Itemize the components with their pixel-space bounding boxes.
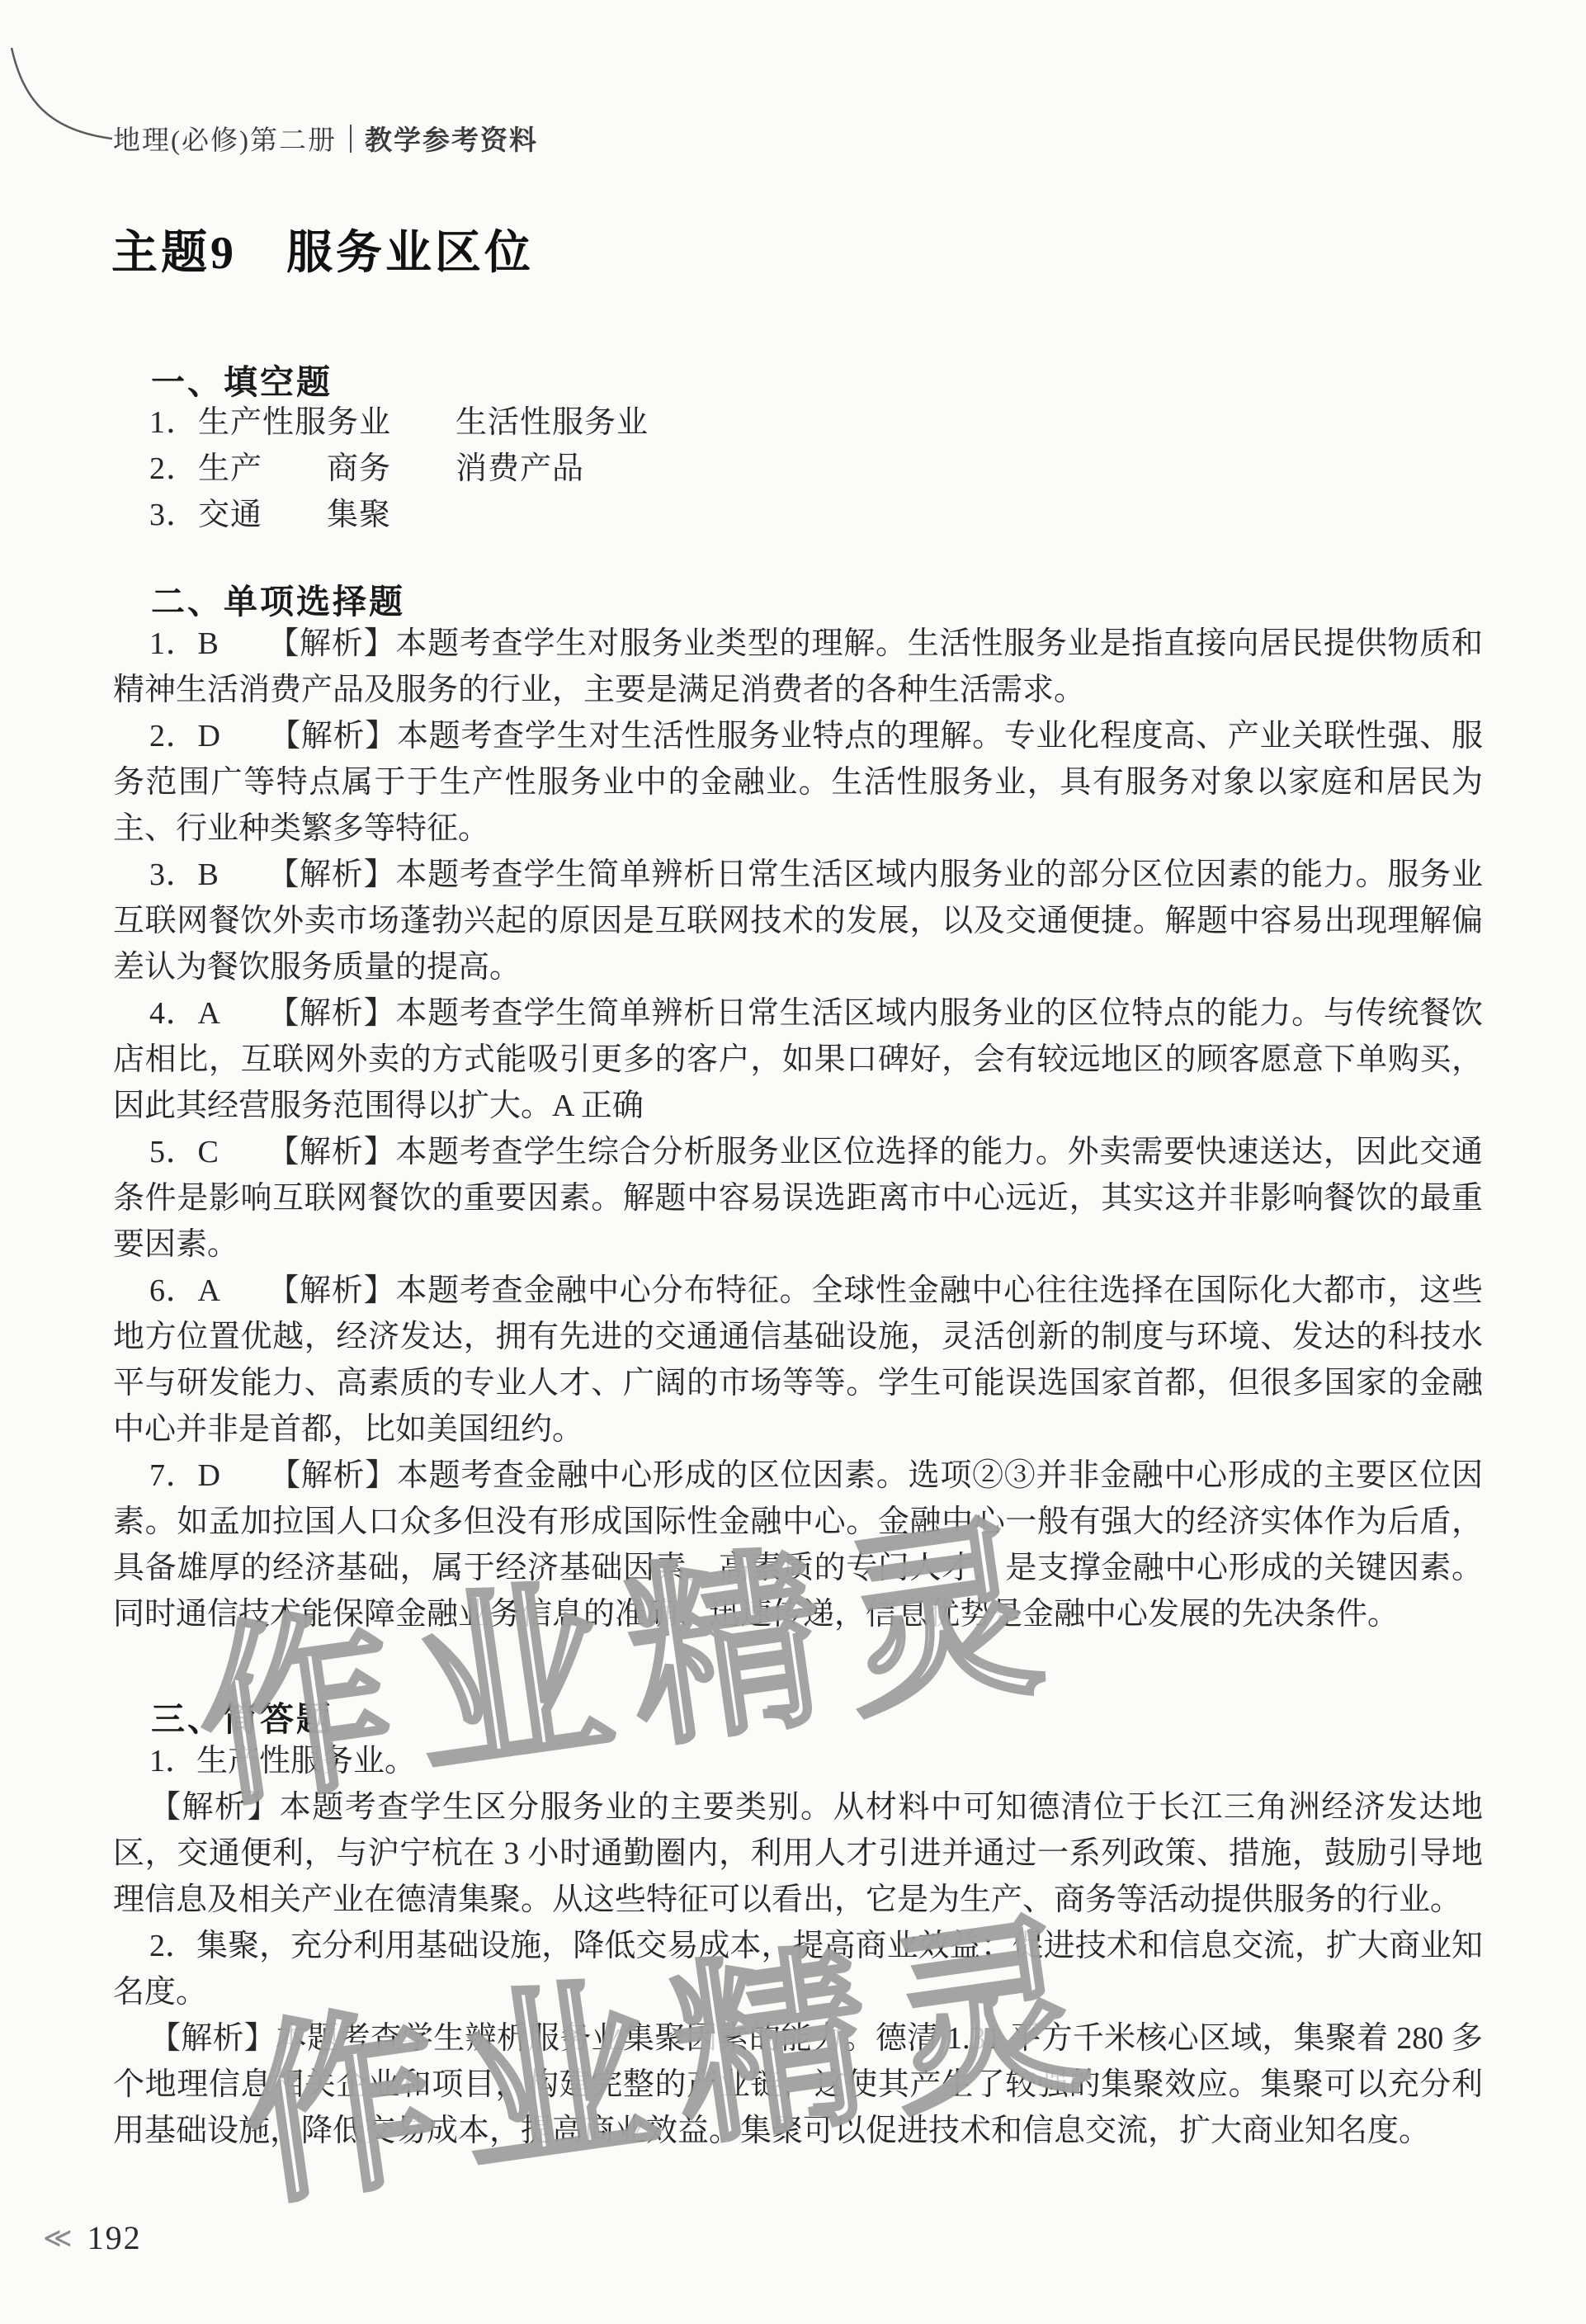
- mc-answer: 5．C 【解析】本题考查学生综合分析服务业区位选择的能力。外卖需要快速送达，因此…: [113, 1129, 1483, 1268]
- header-divider: [350, 125, 352, 153]
- mc-answer: 2．D 【解析】本题考查学生对生活性服务业特点的理解。专业化程度高、产业关联性强…: [113, 713, 1483, 852]
- section-heading-short: 三、简答题: [151, 1692, 333, 1741]
- mc-answer: 4．A 【解析】本题考查学生简单辨析日常生活区域内服务业的区位特点的能力。与传统…: [113, 990, 1483, 1129]
- fill-item: 1．生产性服务业 生活性服务业: [113, 399, 1483, 446]
- fill-item: 2．生产 商务 消费产品: [113, 446, 1483, 492]
- book-title: 地理(必修)第二册: [113, 119, 337, 158]
- page-title: 主题9 服务业区位: [111, 216, 534, 282]
- page-footer: ≪ 192: [43, 2218, 142, 2257]
- section-heading-mc: 二、单项选择题: [151, 574, 405, 623]
- mc-answer: 1．B 【解析】本题考查学生对服务业类型的理解。生活性服务业是指直接向居民提供物…: [113, 621, 1483, 713]
- section-heading-fill: 一、填空题: [151, 355, 333, 404]
- page-header: 地理(必修)第二册 教学参考资料: [113, 119, 538, 158]
- double-chevron-icon: ≪: [43, 2222, 73, 2255]
- mc-answer: 3．B 【解析】本题考查学生简单辨析日常生活区域内服务业的部分区位因素的能力。服…: [113, 852, 1483, 990]
- page-number: 192: [87, 2218, 142, 2257]
- mc-answer: 7．D 【解析】本题考查金融中心形成的区位因素。选项②③并非金融中心形成的主要区…: [113, 1452, 1483, 1637]
- fill-item: 3．交通 集聚: [113, 492, 1483, 538]
- short-answer: 【解析】本题考查学生辨析服务业集聚因素的能力。德清 1.31 平方千米核心区域，…: [113, 2015, 1483, 2154]
- short-answers-block: 1．生产性服务业。 【解析】本题考查学生区分服务业的主要类别。从材料中可知德清位…: [113, 1738, 1483, 2154]
- corner-curve-decoration: [5, 41, 117, 149]
- mc-answer: 6．A 【解析】本题考查金融中心分布特征。全球性金融中心往往选择在国际化大都市，…: [113, 1268, 1483, 1452]
- fill-answers-block: 1．生产性服务业 生活性服务业 2．生产 商务 消费产品 3．交通 集聚: [113, 399, 1483, 538]
- material-label: 教学参考资料: [365, 119, 538, 158]
- short-answer: 1．生产性服务业。: [113, 1738, 1483, 1784]
- mc-answers-block: 1．B 【解析】本题考查学生对服务业类型的理解。生活性服务业是指直接向居民提供物…: [113, 621, 1483, 1637]
- short-answer: 2．集聚，充分利用基础设施，降低交易成本，提高商业效益；促进技术和信息交流，扩大…: [113, 1923, 1483, 2015]
- short-answer: 【解析】本题考查学生区分服务业的主要类别。从材料中可知德清位于长江三角洲经济发达…: [113, 1784, 1483, 1923]
